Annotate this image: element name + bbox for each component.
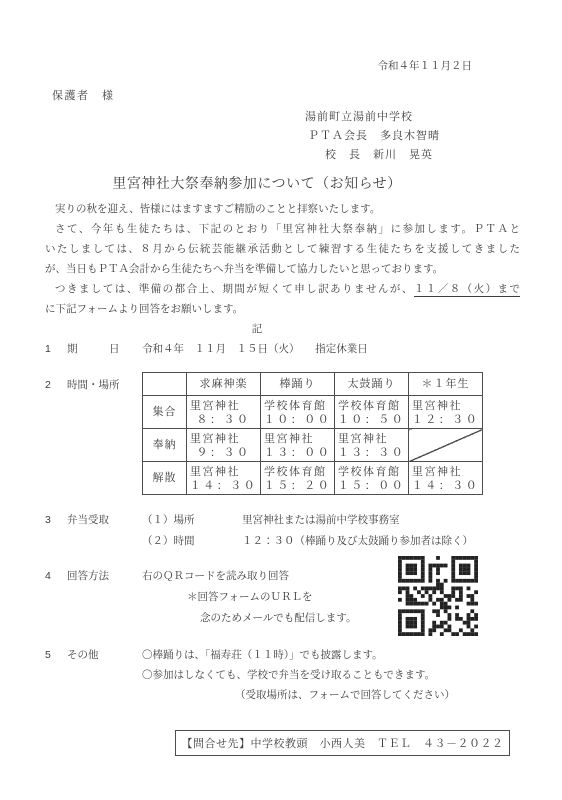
contact-text: 【問合せ先】中学校教頭 小西人美 ＴＥＬ ４３－２０２２ bbox=[182, 735, 504, 751]
cell-place: 里宮神社 bbox=[409, 398, 482, 413]
sender-block: 湯前町立湯前中学校 ＰＴＡ会長 多良木智晴 校 長 新川 晃英 bbox=[305, 108, 562, 165]
sender-principal: 校 長 新川 晃英 bbox=[325, 146, 562, 165]
pickup-place-key: （１）場所 bbox=[142, 510, 242, 531]
cell-place: 学校体育館 bbox=[261, 464, 334, 479]
paragraph-2-line-2: いたしましては、８月から伝統芸能継承活動として練習する生徒たちを支援してきました bbox=[45, 239, 520, 259]
other-line-1: 〇棒踊りは、「福寿荘（１１時）」でも披露します。 bbox=[142, 646, 562, 665]
paragraph-3-line-2: に下記フォームより回答をお願いします。 bbox=[45, 299, 520, 319]
cell-time: ８：３０ bbox=[187, 413, 260, 427]
cell-time: １３：００ bbox=[261, 446, 334, 460]
cell-time: １２：３０ bbox=[409, 413, 482, 427]
item-2-schedule: 2 時間・場所 求麻神楽 棒踊り 太鼓踊り ＊１年生 集合 里宮神社８：３０ 学… bbox=[0, 375, 562, 495]
schedule-row-dedication: 奉納 里宮神社９：３０ 里宮神社１３：００ 里宮神社１３：３０ bbox=[143, 429, 483, 462]
cell-place: 里宮神社 bbox=[409, 464, 482, 479]
cell-place: 学校体育館 bbox=[335, 464, 408, 479]
item-4-reply-method: 4 回答方法 右のＱＲコードを読み取り回答 ＊回答フォームのＵＲＬを 念のためメ… bbox=[0, 566, 562, 629]
reply-line-1: 右のＱＲコードを読み取り回答 bbox=[142, 566, 562, 587]
item-1-date: 1 期 日 令和４年 １１月 １５日（火） 指定休業日 bbox=[0, 339, 562, 359]
pickup-place-value: 里宮神社または湯前中学校事務室 bbox=[242, 514, 400, 526]
other-line-2: 〇参加はしなくても、学校で弁当を受け取ることもできます。 bbox=[142, 666, 562, 685]
ki-heading: 記 bbox=[0, 319, 514, 339]
cell-place: 里宮神社 bbox=[187, 464, 260, 479]
item-4-number: 4 bbox=[45, 566, 67, 587]
item-2-label: 時間・場所 bbox=[67, 375, 142, 395]
schedule-row-dismissal: 解散 里宮神社１４：３０ 学校体育館１５：２０ 学校体育館１５：００ 里宮神社１… bbox=[143, 462, 483, 495]
deadline-underlined: １１／８（火）まで bbox=[414, 283, 520, 297]
item-3-label: 弁当受取 bbox=[67, 510, 142, 531]
cell-time: ９：３０ bbox=[187, 446, 260, 460]
row-label-dedication: 奉納 bbox=[143, 429, 187, 462]
item-5-label: その他 bbox=[67, 646, 142, 665]
cell-time: １０：５０ bbox=[335, 413, 408, 427]
cell-not-applicable-diagonal bbox=[409, 429, 483, 462]
cell-place: 里宮神社 bbox=[187, 431, 260, 446]
cell-time: １４：３０ bbox=[409, 479, 482, 493]
item-3-bento-pickup: 3 弁当受取 （１）場所里宮神社または湯前中学校事務室 （２）時間１２：３０（棒… bbox=[0, 510, 562, 552]
item-5-other: 5 その他 〇棒踊りは、「福寿荘（１１時）」でも披露します。 〇参加はしなくても… bbox=[0, 646, 562, 706]
schedule-col-kagura: 求麻神楽 bbox=[187, 373, 261, 396]
other-line-3: （受取場所は、フォームで回答してください） bbox=[235, 686, 562, 705]
item-1-number: 1 bbox=[45, 339, 67, 359]
deadline-sentence-pre: つきましては、準備の都合上、期間が短くて申し訳ありませんが、 bbox=[55, 283, 414, 295]
body-paragraphs: 実りの秋を迎え、皆様にはますますご精励のことと拝察いたします。 さて、今年も生徒… bbox=[45, 199, 520, 319]
item-3-number: 3 bbox=[45, 510, 67, 531]
item-4-label: 回答方法 bbox=[67, 566, 142, 587]
cell-time: １５：００ bbox=[335, 479, 408, 493]
document-date: 令和４年１１月２日 bbox=[0, 0, 472, 76]
row-label-dismissal: 解散 bbox=[143, 462, 187, 495]
notice-document: 令和４年１１月２日 保護者 様 湯前町立湯前中学校 ＰＴＡ会長 多良木智晴 校 … bbox=[0, 0, 562, 800]
pickup-time-value: １２：３０（棒踊り及び太鼓踊り参加者は除く） bbox=[242, 535, 473, 547]
item-5-number: 5 bbox=[45, 646, 67, 665]
cell-time: １４：３０ bbox=[187, 479, 260, 493]
qr-code-image bbox=[398, 556, 478, 636]
schedule-corner-cell bbox=[143, 373, 187, 396]
cell-time: １５：２０ bbox=[261, 479, 334, 493]
schedule-col-first-year: ＊１年生 bbox=[409, 373, 483, 396]
reply-line-2: ＊回答フォームのＵＲＬを bbox=[187, 587, 562, 608]
cell-time: １３：３０ bbox=[335, 446, 408, 460]
document-title: 里宮神社大祭奉納参加について（お知らせ） bbox=[0, 173, 514, 193]
paragraph-1: 実りの秋を迎え、皆様にはますますご精励のことと拝察いたします。 bbox=[45, 199, 520, 219]
schedule-table: 求麻神楽 棒踊り 太鼓踊り ＊１年生 集合 里宮神社８：３０ 学校体育館１０：０… bbox=[142, 372, 483, 495]
schedule-col-boodori: 棒踊り bbox=[261, 373, 335, 396]
contact-box: 【問合せ先】中学校教頭 小西人美 ＴＥＬ ４３－２０２２ bbox=[175, 730, 510, 756]
row-label-assembly: 集合 bbox=[143, 396, 187, 429]
cell-place: 里宮神社 bbox=[261, 431, 334, 446]
schedule-header-row: 求麻神楽 棒踊り 太鼓踊り ＊１年生 bbox=[143, 373, 483, 396]
item-2-number: 2 bbox=[45, 375, 67, 395]
paragraph-3-line-1: つきましては、準備の都合上、期間が短くて申し訳ありませんが、１１／８（火）まで bbox=[45, 279, 520, 299]
cell-place: 学校体育館 bbox=[335, 398, 408, 413]
paragraph-2-line-3: が、当日もＰＴＡ会計から生徒たちへ弁当を準備して協力したいと思っております。 bbox=[45, 259, 520, 279]
sender-school: 湯前町立湯前中学校 bbox=[305, 108, 562, 127]
cell-place: 里宮神社 bbox=[335, 431, 408, 446]
item-1-value: 令和４年 １１月 １５日（火） 指定休業日 bbox=[142, 339, 562, 359]
reply-line-3: 念のためメールでも配信します。 bbox=[200, 608, 562, 629]
cell-place: 里宮神社 bbox=[187, 398, 260, 413]
paragraph-2-line-1: さて、今年も生徒たちは、下記のとおり「里宮神社大祭奉納」に参加します。ＰＴＡと bbox=[45, 219, 520, 239]
item-1-label: 期 日 bbox=[67, 339, 142, 359]
cell-time: １０：００ bbox=[261, 413, 334, 427]
schedule-row-assembly: 集合 里宮神社８：３０ 学校体育館１０：００ 学校体育館１０：５０ 里宮神社１２… bbox=[143, 396, 483, 429]
cell-place: 学校体育館 bbox=[261, 398, 334, 413]
pickup-time-key: （２）時間 bbox=[142, 531, 242, 552]
schedule-col-taiko: 太鼓踊り bbox=[335, 373, 409, 396]
sender-pta-chair: ＰＴＡ会長 多良木智晴 bbox=[308, 127, 562, 146]
addressee: 保護者 様 bbox=[52, 86, 562, 106]
